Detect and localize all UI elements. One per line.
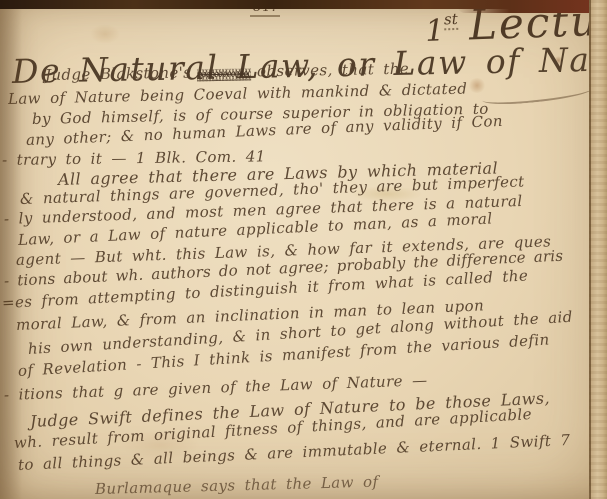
book-binding-corner [457,0,607,13]
manuscript-page: 81. 1st Lecture De Natural Law, or Law o… [0,0,607,499]
page-vignette [0,0,607,499]
book-page-edges [589,0,607,499]
